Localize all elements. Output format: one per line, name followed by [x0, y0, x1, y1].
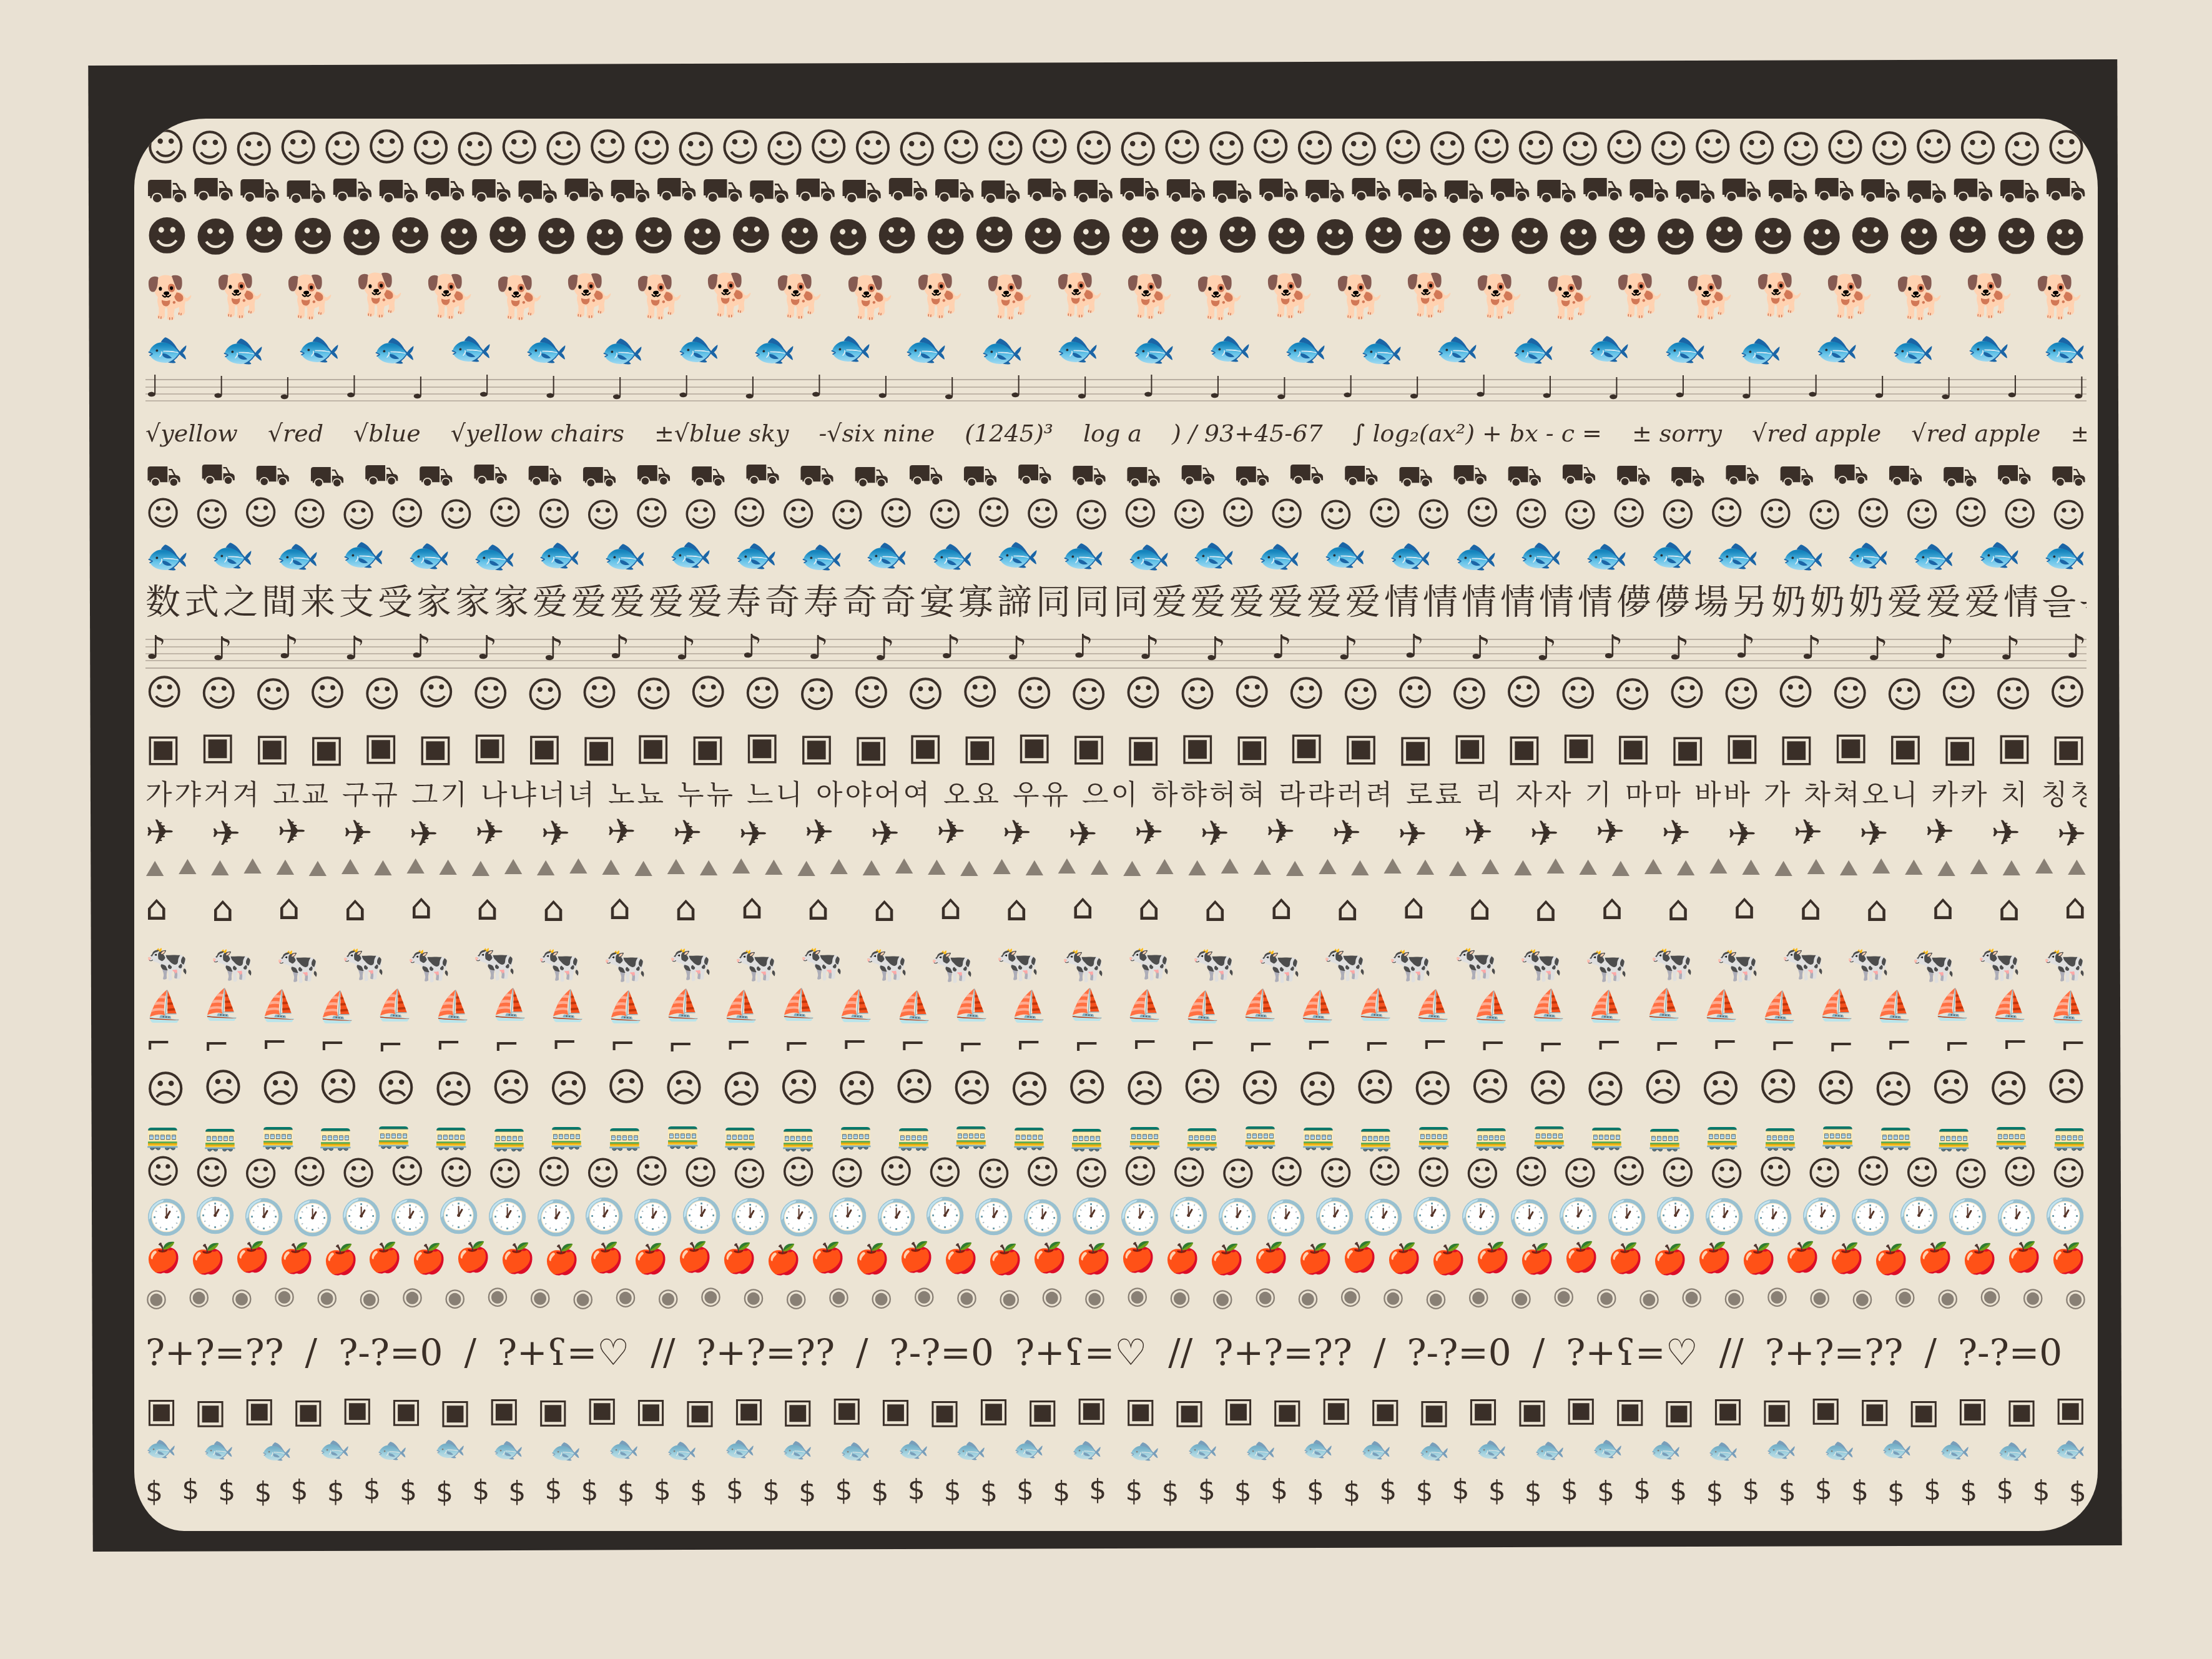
faces-drawing-icon: ☺: [1318, 499, 1353, 533]
faces-drawing-icon: ☺: [1737, 129, 1777, 168]
landscape-drawing-icon: ⛰: [960, 858, 978, 880]
profiles-drawing-icon: ☹: [1758, 1068, 1799, 1106]
apples-drawing-icon: 🍎: [278, 1244, 314, 1273]
faces-drawing-icon: ☺: [1025, 498, 1060, 531]
animals-drawing-icon: 🐄: [538, 947, 582, 982]
tvs-drawing-icon: ▣: [1712, 1393, 1744, 1427]
cars-drawing-icon: ⛟: [1071, 460, 1107, 489]
music-drawing-icon: ♪: [1470, 632, 1490, 664]
faces-drawing-icon: ☻: [1460, 215, 1503, 257]
tvs-drawing-icon: ▣: [1516, 1394, 1548, 1428]
animals-drawing-icon: 🐄: [734, 948, 778, 983]
fish-drawing-icon: 🐟: [1013, 1436, 1045, 1461]
fish-drawing-icon: 🐟: [1663, 332, 1707, 367]
faces-drawing-icon: ☺: [830, 1157, 865, 1191]
clocks-drawing-icon: 🕐: [584, 1199, 626, 1233]
faces-drawing-icon: ☺: [1074, 129, 1114, 168]
apples-drawing-icon: 🍎: [1164, 1244, 1200, 1273]
dollars-drawing-icon: $: [1089, 1477, 1106, 1504]
fish-drawing-icon: 🐟: [1303, 1436, 1334, 1461]
cars-drawing-icon: ⛟: [418, 461, 454, 490]
houses-drawing-icon: ⌂: [1667, 892, 1689, 927]
faces-drawing-icon: ☺: [341, 499, 376, 533]
cars-drawing-icon: ⛟: [1778, 461, 1814, 490]
equation-phrase: ?+ʕ=♡: [1566, 1331, 1698, 1374]
profiles-drawing-icon: ☹: [664, 1069, 704, 1108]
music-drawing-icon: ♪: [1139, 632, 1159, 664]
profiles-drawing-icon: ☹: [1297, 1070, 1338, 1109]
cars-drawing-icon: ⛟: [2050, 461, 2087, 490]
cars-drawing-icon: ⛟: [254, 460, 290, 489]
fish-drawing-icon: 🐟: [473, 539, 516, 574]
dollars-drawing-icon: $: [726, 1477, 744, 1504]
dollars-drawing-icon: $: [218, 1478, 235, 1505]
faces-drawing-icon: ☺: [720, 129, 760, 167]
guns-drawing-icon: ⌐: [2060, 1028, 2087, 1060]
faces-drawing-icon: ☺: [1074, 499, 1109, 533]
cars-drawing-icon: ⛟: [1887, 460, 1924, 489]
guns-drawing-icon: ⌐: [1422, 1027, 1448, 1058]
fish-drawing-icon: 🐟: [525, 332, 569, 367]
clocks-drawing-icon: 🕐: [1849, 1201, 1891, 1234]
fish-drawing-icon: 🐟: [931, 539, 975, 574]
landscape-drawing-icon: ⛰: [1872, 855, 1890, 878]
trains-drawing-icon: 🚃: [1243, 1121, 1277, 1148]
houses-drawing-icon: ⌂: [1799, 891, 1822, 926]
tvs-drawing-icon: ▣: [1859, 1394, 1890, 1427]
faces-drawing-icon: ☺: [1856, 497, 1890, 531]
clocks-drawing-icon: 🕐: [973, 1200, 1015, 1234]
tvs-drawing-icon: ▣: [292, 1394, 324, 1428]
faces-drawing-icon: ☺: [1758, 498, 1793, 531]
dollars-drawing-icon: $: [1887, 1479, 1905, 1507]
cars-drawing-icon: ⛟: [1628, 173, 1670, 207]
dollars-drawing-icon: $: [690, 1479, 707, 1506]
cars-drawing-icon: ⛟: [285, 174, 327, 208]
fish-drawing-icon: 🐟: [898, 1437, 929, 1462]
cars-drawing-icon: ⛟: [1674, 174, 1716, 208]
landscape-drawing-icon: ⛰: [1090, 857, 1109, 879]
cars-drawing-icon: ⛟: [1442, 174, 1485, 208]
dollars-drawing-icon: $: [1597, 1479, 1615, 1506]
landscape-drawing-icon: ⛰: [1676, 857, 1695, 880]
houses-drawing-icon: ⌂: [807, 891, 830, 926]
profiles-drawing-icon: ☹: [894, 1068, 935, 1106]
tvs-drawing-icon: ▣: [1369, 1394, 1401, 1427]
tvs-drawing-icon: ▣: [1908, 1395, 1940, 1429]
animals-drawing-icon: 🐕: [985, 277, 1036, 318]
animals-drawing-icon: 🐄: [996, 947, 1040, 982]
profiles-drawing-icon: ☹: [491, 1068, 532, 1107]
music-drawing-icon: ♩: [544, 373, 559, 403]
faces-drawing-icon: ☻: [924, 217, 967, 258]
clocks-drawing-icon: 🕐: [1022, 1201, 1064, 1235]
eyes-drawing-icon: ◉: [785, 1286, 807, 1311]
fish-drawing-icon: 🐟: [1284, 332, 1327, 367]
trains-drawing-icon: 🚃: [1648, 1123, 1682, 1151]
trains-drawing-icon: 🚃: [1301, 1122, 1335, 1149]
clocks-drawing-icon: 🕐: [1460, 1200, 1502, 1234]
figures-drawing-icon: ☺: [744, 676, 781, 712]
eyes-drawing-icon: ◉: [188, 1284, 210, 1309]
tvs-drawing-icon: ▣: [733, 1393, 765, 1427]
trains-drawing-icon: 🚃: [376, 1121, 411, 1148]
landscape-drawing-icon: ⛰: [308, 858, 327, 880]
guns-drawing-icon: ⌐: [1944, 1029, 1970, 1060]
faces-drawing-icon: ☺: [1465, 1158, 1500, 1191]
music-drawing-icon: ♩: [943, 374, 957, 404]
fish-drawing-icon: 🐟: [1588, 331, 1631, 366]
planes-drawing-icon: ✈: [1200, 817, 1229, 852]
apples-drawing-icon: 🍎: [766, 1245, 802, 1274]
landscape-drawing-icon: ⛰: [1155, 856, 1174, 879]
figures-drawing-icon: ☺: [581, 675, 618, 711]
eyes-drawing-icon: ◉: [572, 1286, 594, 1311]
dollars-drawing-icon: $: [908, 1477, 925, 1504]
boats-drawing-icon: ⛵: [549, 991, 587, 1021]
eyes-drawing-icon: ◉: [1297, 1285, 1319, 1310]
boats-drawing-icon: ⛵: [1588, 992, 1625, 1021]
tvs-drawing-icon: ▣: [1016, 727, 1052, 765]
faces-drawing-icon: ☺: [1367, 497, 1402, 531]
profiles-drawing-icon: ☹: [1528, 1069, 1568, 1108]
figures-drawing-icon: ☺: [1723, 676, 1760, 712]
music-drawing-icon: ♩: [744, 373, 758, 403]
faces-drawing-icon: ☺: [585, 1157, 620, 1191]
math-phrase: √red apple: [1752, 420, 1881, 447]
tvs-drawing-icon: ▣: [635, 1394, 667, 1427]
boats-drawing-icon: ⛵: [607, 992, 644, 1022]
cars-drawing-icon: ⛟: [563, 172, 605, 206]
tvs-drawing-icon: ▣: [1942, 730, 1978, 767]
trains-drawing-icon: 🚃: [666, 1121, 700, 1148]
landscape-drawing-icon: ⛰: [1513, 857, 1532, 880]
cars-drawing-icon: ⛟: [1397, 461, 1433, 490]
planes-drawing-icon: ✈: [1003, 816, 1032, 851]
cars-drawing-icon: ⛟: [192, 172, 234, 205]
guns-drawing-icon: ⌐: [552, 1027, 578, 1058]
fish-drawing-icon: 🐟: [1650, 1437, 1681, 1462]
tvs-drawing-icon: ▣: [1271, 1394, 1303, 1428]
boats-drawing-icon: ⛵: [1126, 991, 1164, 1021]
clocks-drawing-icon: 🕐: [486, 1200, 528, 1234]
apples-drawing-icon: 🍎: [855, 1244, 890, 1273]
glyph-row-animals-2: 🐄🐄🐄🐄🐄🐄🐄🐄🐄🐄🐄🐄🐄🐄🐄🐄🐄🐄🐄🐄🐄🐄🐄🐄🐄🐄🐄🐄🐄🐄: [145, 943, 2087, 987]
cars-drawing-icon: ⛟: [145, 174, 188, 207]
figures-drawing-icon: ☺: [1777, 674, 1814, 711]
profiles-drawing-icon: ☹: [433, 1070, 474, 1109]
tvs-drawing-icon: ▣: [1180, 728, 1216, 766]
cars-drawing-icon: ⛟: [581, 461, 617, 490]
tvs-drawing-icon: ▣: [1810, 1392, 1842, 1426]
cars-drawing-icon: ⛟: [1859, 173, 1901, 207]
music-drawing-icon: ♪: [1735, 631, 1756, 663]
tvs-drawing-icon: ▣: [2005, 1394, 2037, 1428]
animals-drawing-icon: 🐕: [425, 276, 476, 317]
fish-drawing-icon: 🐟: [2043, 332, 2087, 367]
tvs-drawing-icon: ▣: [1126, 730, 1161, 767]
faces-drawing-icon: ☺: [145, 1155, 180, 1189]
guns-drawing-icon: ⌐: [1480, 1028, 1507, 1060]
math-phrase: √red: [268, 420, 323, 447]
planes-drawing-icon: ✈: [1068, 817, 1098, 852]
eyes-drawing-icon: ◉: [1084, 1285, 1106, 1310]
animals-drawing-icon: 🐄: [1258, 948, 1302, 983]
apples-drawing-icon: 🍎: [1519, 1244, 1555, 1273]
landscape-drawing-icon: ⛰: [1970, 856, 1988, 879]
fish-drawing-icon: 🐟: [1477, 1437, 1508, 1462]
landscape-drawing-icon: ⛰: [895, 855, 913, 878]
landscape-drawing-icon: ⛰: [373, 857, 392, 880]
fish-drawing-icon: 🐟: [538, 538, 582, 573]
apples-drawing-icon: 🍎: [323, 1245, 358, 1274]
houses-drawing-icon: ⌂: [1535, 892, 1557, 927]
faces-drawing-icon: ☻: [632, 216, 676, 257]
fish-drawing-icon: 🐟: [1650, 537, 1694, 572]
dollars-drawing-icon: $: [1706, 1479, 1723, 1507]
clocks-drawing-icon: 🕐: [1314, 1199, 1356, 1233]
music-drawing-icon: ♪: [2066, 631, 2087, 663]
guns-drawing-icon: ⌐: [900, 1028, 926, 1060]
profiles-drawing-icon: ☹: [318, 1068, 359, 1106]
boats-drawing-icon: ⛵: [145, 992, 183, 1021]
boats-drawing-icon: ⛵: [1818, 990, 1856, 1020]
figures-drawing-icon: ☺: [1287, 676, 1325, 712]
tvs-drawing-icon: ▣: [1174, 1395, 1206, 1429]
tvs-drawing-icon: ▣: [1614, 1394, 1646, 1427]
cars-drawing-icon: ⛟: [636, 460, 672, 488]
faces-drawing-icon: ☺: [878, 1155, 913, 1189]
music-drawing-icon: ♩: [1009, 372, 1023, 402]
trains-drawing-icon: 🚃: [723, 1122, 757, 1149]
animals-drawing-icon: 🐄: [1847, 947, 1890, 982]
landscape-drawing-icon: ⛰: [2035, 855, 2053, 878]
animals-drawing-icon: 🐄: [1650, 947, 1694, 982]
cars-drawing-icon: ⛟: [747, 174, 790, 208]
faces-drawing-icon: ☺: [1367, 1155, 1402, 1189]
animals-drawing-icon: 🐄: [800, 946, 843, 981]
landscape-drawing-icon: ⛰: [1285, 858, 1304, 880]
animals-drawing-icon: 🐕: [1195, 277, 1246, 318]
figures-drawing-icon: ☺: [1396, 675, 1433, 711]
eyes-drawing-icon: ◉: [1766, 1283, 1788, 1308]
boats-drawing-icon: ⛵: [1415, 991, 1452, 1021]
houses-drawing-icon: ⌂: [1336, 892, 1359, 927]
faces-drawing-icon: ☻: [1411, 217, 1454, 258]
faces-drawing-icon: ☺: [2046, 129, 2087, 167]
tvs-drawing-icon: ▣: [537, 1394, 569, 1428]
landscape-drawing-icon: ⛰: [1481, 856, 1500, 879]
cars-drawing-icon: ⛟: [701, 173, 744, 207]
music-drawing-icon: ♩: [411, 373, 426, 403]
music-drawing-icon: ♪: [1668, 633, 1689, 665]
figures-drawing-icon: ☺: [1450, 676, 1488, 712]
trains-drawing-icon: 🚃: [1012, 1122, 1046, 1149]
faces-drawing-icon: ☻: [1119, 216, 1162, 257]
tvs-drawing-icon: ▣: [1670, 730, 1706, 767]
tvs-drawing-icon: ▣: [200, 727, 235, 765]
apples-drawing-icon: 🍎: [1031, 1243, 1067, 1272]
fish-drawing-icon: 🐟: [905, 332, 948, 367]
animals-drawing-icon: 🐕: [775, 276, 827, 317]
apples-drawing-icon: 🍎: [633, 1244, 669, 1273]
faces-drawing-icon: ☻: [778, 217, 821, 258]
trains-drawing-icon: 🚃: [1475, 1123, 1509, 1150]
fish-drawing-icon: 🐟: [493, 1437, 524, 1462]
faces-drawing-icon: ☻: [1314, 218, 1357, 259]
guns-drawing-icon: ⌐: [436, 1028, 462, 1059]
music-drawing-icon: ♪: [808, 632, 828, 664]
landscape-drawing-icon: ⛰: [1546, 855, 1565, 878]
animals-drawing-icon: 🐕: [1895, 277, 1946, 318]
faces-drawing-icon: ☺: [1123, 1155, 1158, 1189]
clocks-drawing-icon: 🕐: [632, 1201, 674, 1234]
faces-drawing-icon: ☺: [853, 129, 893, 168]
equation-phrase: ?-?=0: [1958, 1331, 2062, 1374]
profiles-drawing-icon: ☹: [1701, 1070, 1741, 1108]
faces-drawing-icon: ☻: [1703, 215, 1746, 257]
faces-drawing-icon: ☺: [1269, 498, 1304, 531]
faces-drawing-icon: ☺: [1339, 130, 1380, 169]
tvs-drawing-icon: ▣: [636, 728, 671, 766]
fish-drawing-icon: 🐟: [604, 539, 647, 574]
clocks-drawing-icon: 🕐: [194, 1199, 236, 1233]
equation-phrase: /: [856, 1331, 868, 1374]
faces-drawing-icon: ☻: [973, 215, 1016, 257]
apples-drawing-icon: 🍎: [456, 1243, 491, 1271]
planes-drawing-icon: ✈: [1398, 817, 1427, 852]
cars-drawing-icon: ⛟: [526, 460, 563, 489]
faces-drawing-icon: ☻: [389, 216, 432, 257]
tvs-drawing-icon: ▣: [1398, 730, 1433, 767]
math-phrase: ∫ log₂(ax²) + bx - c =: [1353, 420, 1602, 447]
fish-drawing-icon: 🐟: [407, 538, 451, 573]
houses-drawing-icon: ⌂: [476, 891, 499, 926]
profiles-drawing-icon: ☹: [779, 1068, 820, 1107]
tvs-drawing-icon: ▣: [744, 727, 780, 765]
eyes-drawing-icon: ◉: [614, 1284, 636, 1309]
houses-drawing-icon: ⌂: [1601, 890, 1623, 925]
guns-drawing-icon: ⌐: [1712, 1027, 1738, 1058]
glyph-row-apples-1: 🍎🍎🍎🍎🍎🍎🍎🍎🍎🍎🍎🍎🍎🍎🍎🍎🍎🍎🍎🍎🍎🍎🍎🍎🍎🍎🍎🍎🍎🍎🍎🍎🍎🍎🍎🍎🍎🍎🍎🍎…: [145, 1239, 2087, 1277]
figures-drawing-icon: ☺: [961, 674, 998, 711]
cars-drawing-icon: ⛟: [853, 461, 889, 490]
cars-drawing-icon: ⛟: [1016, 459, 1053, 488]
glyph-row-cars-2: ⛟⛟⛟⛟⛟⛟⛟⛟⛟⛟⛟⛟⛟⛟⛟⛟⛟⛟⛟⛟⛟⛟⛟⛟⛟⛟⛟⛟⛟⛟⛟⛟⛟⛟⛟⛟: [145, 456, 2087, 493]
apples-drawing-icon: 🍎: [1962, 1244, 1998, 1273]
tvs-drawing-icon: ▣: [243, 1393, 275, 1427]
landscape-drawing-icon: ⛰: [276, 857, 295, 879]
figures-drawing-icon: ☺: [635, 676, 672, 712]
animals-drawing-icon: 🐄: [211, 947, 255, 982]
music-drawing-icon: ♩: [212, 373, 226, 403]
faces-drawing-icon: ☺: [488, 496, 523, 530]
fish-drawing-icon: 🐟: [1436, 332, 1480, 367]
clocks-drawing-icon: 🕐: [535, 1201, 577, 1235]
apples-drawing-icon: 🍎: [411, 1244, 447, 1273]
faces-drawing-icon: ☻: [681, 217, 724, 258]
trains-drawing-icon: 🚃: [1359, 1123, 1393, 1151]
planes-drawing-icon: ✈: [475, 815, 504, 850]
fish-drawing-icon: 🐟: [1781, 539, 1825, 574]
faces-drawing-icon: ☻: [827, 218, 870, 259]
tvs-drawing-icon: ▣: [1888, 729, 1924, 766]
houses-drawing-icon: ⌂: [1204, 892, 1227, 927]
trains-drawing-icon: 🚃: [550, 1121, 584, 1149]
faces-drawing-icon: ☻: [1216, 215, 1259, 257]
eyes-drawing-icon: ◉: [828, 1284, 850, 1309]
animals-drawing-icon: 🐄: [1585, 948, 1629, 983]
figures-drawing-icon: ☺: [1940, 675, 1977, 711]
faces-drawing-icon: ☺: [1781, 130, 1821, 169]
landscape-drawing-icon: ⛰: [732, 855, 750, 878]
faces-drawing-icon: ☻: [1849, 216, 1892, 257]
profiles-drawing-icon: ☹: [1643, 1068, 1684, 1107]
guns-drawing-icon: ⌐: [725, 1028, 752, 1059]
faces-drawing-icon: ☺: [1465, 496, 1500, 530]
faces-drawing-icon: ☺: [2051, 1157, 2086, 1191]
eyes-drawing-icon: ◉: [657, 1285, 679, 1310]
landscape-drawing-icon: ⛰: [1644, 856, 1663, 879]
clocks-drawing-icon: 🕐: [730, 1200, 772, 1234]
landscape-drawing-icon: ⛰: [178, 856, 197, 879]
tvs-drawing-icon: ▣: [1565, 1392, 1597, 1426]
faces-drawing-icon: ☺: [1416, 498, 1451, 532]
faces-drawing-icon: ☺: [927, 498, 962, 532]
fish-drawing-icon: 🐟: [342, 537, 385, 572]
guns-drawing-icon: ⌐: [1248, 1030, 1274, 1061]
figures-drawing-icon: ☺: [1233, 674, 1271, 711]
boats-drawing-icon: ⛵: [780, 990, 817, 1020]
glyph-row-houses-1: ⌂⌂⌂⌂⌂⌂⌂⌂⌂⌂⌂⌂⌂⌂⌂⌂⌂⌂⌂⌂⌂⌂⌂⌂⌂⌂⌂⌂⌂⌂: [145, 887, 2087, 930]
faces-drawing-icon: ☺: [1660, 498, 1695, 532]
glyph-row-cars-1: ⛟⛟⛟⛟⛟⛟⛟⛟⛟⛟⛟⛟⛟⛟⛟⛟⛟⛟⛟⛟⛟⛟⛟⛟⛟⛟⛟⛟⛟⛟⛟⛟⛟⛟⛟⛟⛟⛟⛟⛟…: [145, 169, 2087, 211]
figures-drawing-icon: ☺: [1342, 677, 1379, 713]
math-phrase: log a: [1083, 420, 1142, 447]
guns-drawing-icon: ⌐: [262, 1027, 288, 1058]
faces-drawing-icon: ☺: [632, 129, 672, 168]
eyes-drawing-icon: ◉: [1809, 1284, 1831, 1309]
figures-drawing-icon: ☺: [1831, 676, 1869, 712]
landscape-drawing-icon: ⛰: [1123, 858, 1141, 880]
trains-drawing-icon: 🚃: [1937, 1123, 1971, 1151]
landscape-drawing-icon: ⛰: [439, 857, 458, 879]
figures-drawing-icon: ☺: [1505, 674, 1542, 711]
equation-phrase: /: [305, 1331, 318, 1374]
landscape-drawing-icon: ⛰: [667, 856, 686, 879]
cars-drawing-icon: ⛟: [655, 172, 697, 205]
faces-drawing-icon: ☺: [455, 130, 496, 169]
figures-drawing-icon: ☺: [254, 677, 292, 713]
fish-drawing-icon: 🐟: [1258, 539, 1302, 574]
trains-drawing-icon: 🚃: [1879, 1122, 1913, 1149]
faces-drawing-icon: ☻: [1946, 215, 1989, 257]
faces-drawing-icon: ☻: [1021, 217, 1064, 258]
fish-drawing-icon: 🐟: [2055, 1437, 2087, 1462]
tvs-drawing-icon: ▣: [472, 727, 508, 765]
faces-drawing-icon: ☺: [1693, 128, 1733, 167]
fish-drawing-icon: 🐟: [1071, 1437, 1103, 1462]
faces-drawing-icon: ☺: [1221, 1158, 1256, 1191]
faces-drawing-icon: ☺: [897, 130, 938, 169]
artwork-panel: ☺☺☺☺☺☺☺☺☺☺☺☺☺☺☺☺☺☺☺☺☺☺☺☺☺☺☺☺☺☺☺☺☺☺☺☺☺☺☺☺…: [134, 119, 2098, 1531]
houses-drawing-icon: ⌂: [1865, 892, 1888, 927]
guns-drawing-icon: ⌐: [1132, 1027, 1158, 1058]
planes-drawing-icon: ✈: [739, 817, 768, 852]
faces-drawing-icon: ☺: [764, 130, 805, 169]
faces-drawing-icon: ☺: [1416, 1156, 1451, 1190]
music-drawing-icon: ♪: [543, 633, 563, 666]
